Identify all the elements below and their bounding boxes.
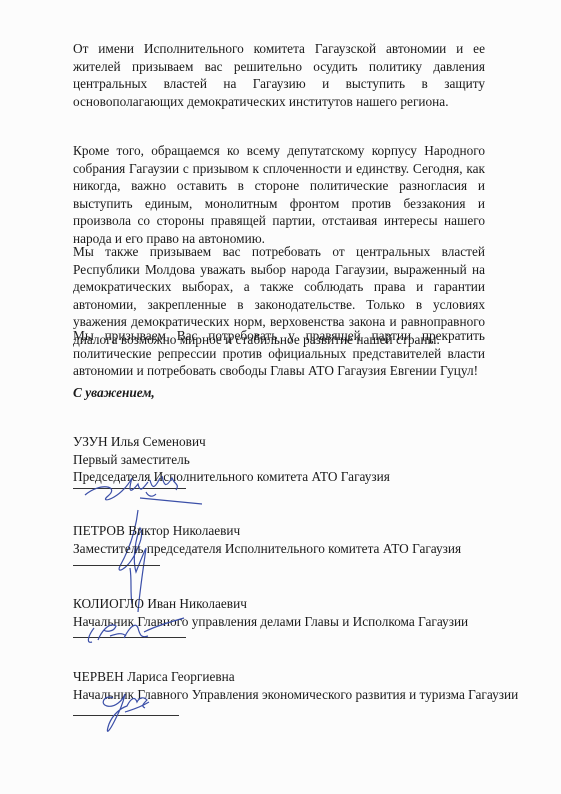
signatory-title: Заместитель председателя Исполнительного… bbox=[73, 540, 461, 558]
signatory-title: Первый заместитель bbox=[73, 451, 390, 469]
handwritten-signature-icon bbox=[80, 618, 190, 648]
signatory-name: КОЛИОГЛО Иван Николаевич bbox=[73, 595, 468, 613]
signatory-name: УЗУН Илья Семенович bbox=[73, 433, 390, 451]
paragraph-4: Мы призываем Вас потребовать у правящей … bbox=[73, 327, 485, 380]
signatory-block-2: ПЕТРОВ Виктор Николаевич Заместитель пре… bbox=[73, 522, 461, 557]
signatory-name: ПЕТРОВ Виктор Николаевич bbox=[73, 522, 461, 540]
signatory-name: ЧЕРВЕН Лариса Георгиевна bbox=[73, 668, 518, 686]
closing-salutation: С уважением, bbox=[73, 385, 155, 401]
handwritten-signature-icon bbox=[95, 690, 165, 740]
signature-line bbox=[73, 565, 160, 566]
paragraph-2: Кроме того, обращаемся ко всему депутатс… bbox=[73, 142, 485, 248]
paragraph-1: От имени Исполнительного комитета Гагауз… bbox=[73, 40, 485, 110]
letter-page: От имени Исполнительного комитета Гагауз… bbox=[0, 0, 561, 794]
